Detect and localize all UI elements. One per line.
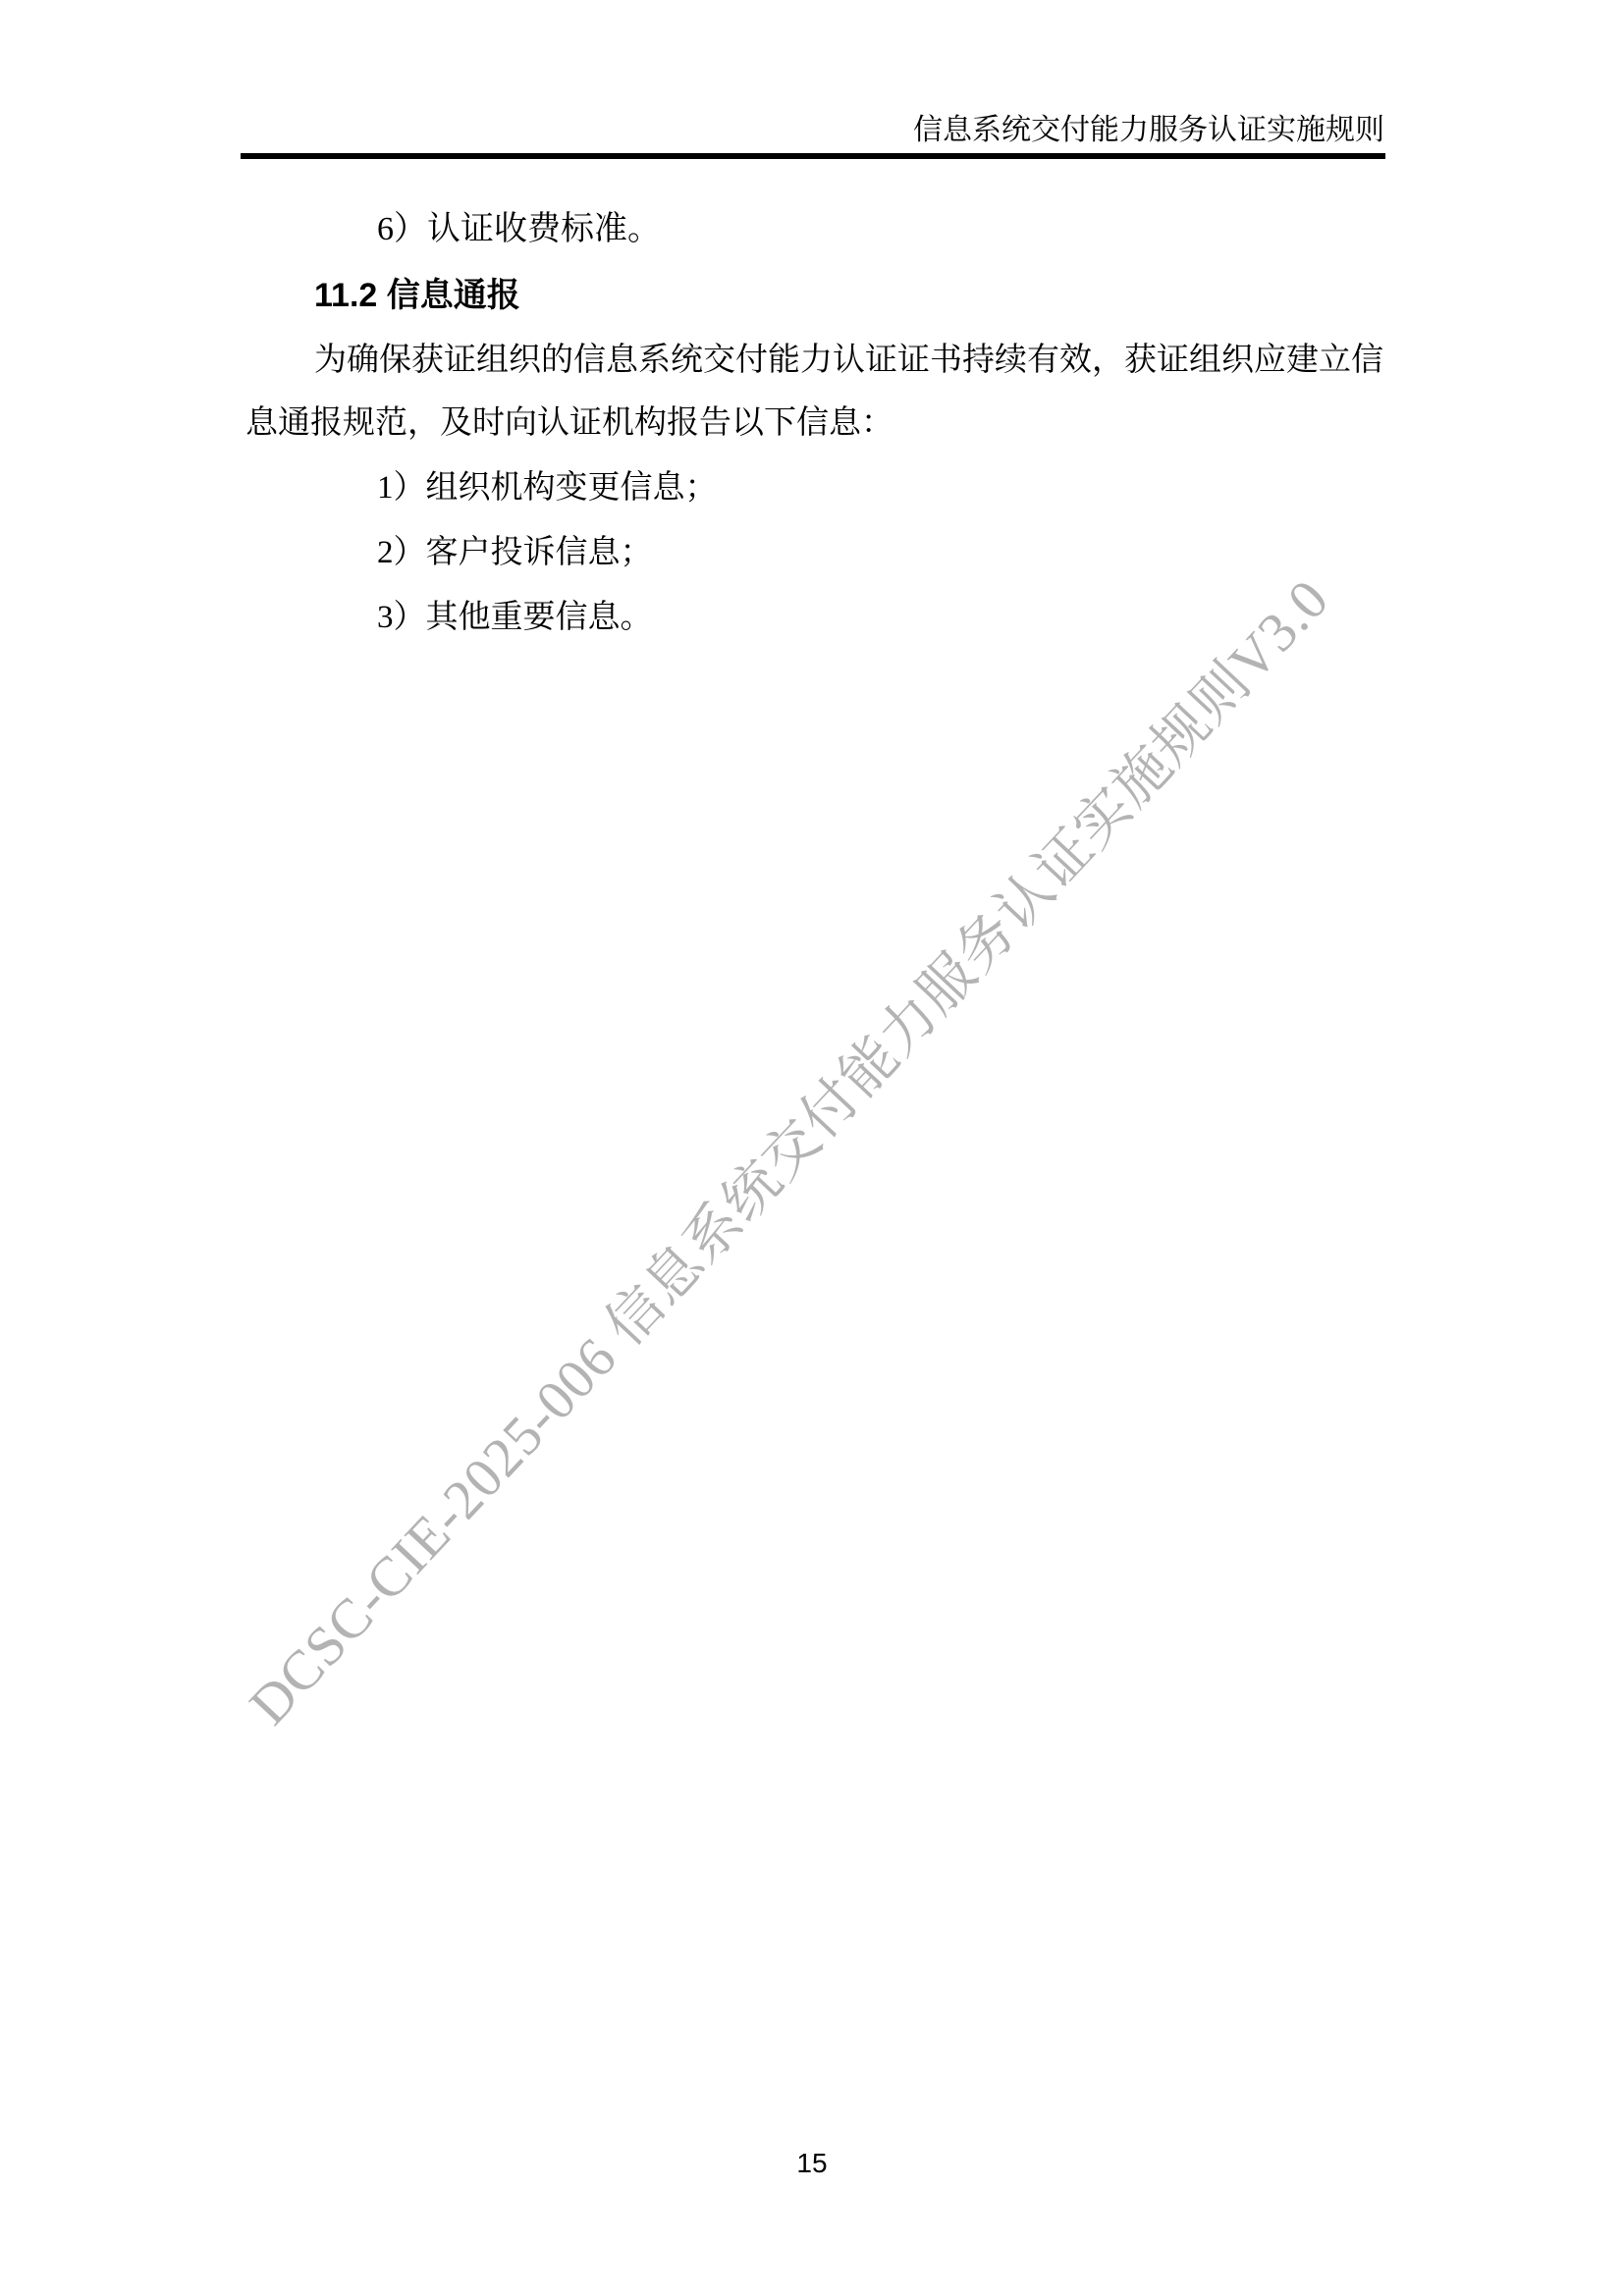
document-page: 信息系统交付能力服务认证实施规则 DCSC-CIE-2025-006 信息系统交… (0, 0, 1624, 2296)
list-item-3: 3）其他重要信息。 (377, 596, 653, 639)
header-rule (241, 153, 1385, 159)
page-number: 15 (0, 2148, 1624, 2179)
watermark-text: DCSC-CIE-2025-006 信息系统交付能力服务认证实施规则V3.0 (227, 558, 1343, 1738)
header-title: 信息系统交付能力服务认证实施规则 (913, 114, 1384, 147)
list-item-1: 1）组织机构变更信息； (377, 466, 718, 509)
paragraph-line-1: 为确保获证组织的信息系统交付能力认证证书持续有效，获证组织应建立信 (314, 339, 1383, 382)
numbered-item-6: 6）认证收费标准。 (377, 208, 661, 251)
paragraph-line-2: 息通报规范，及时向认证机构报告以下信息： (245, 401, 893, 445)
section-heading-11-2: 11.2 信息通报 (314, 274, 520, 317)
list-item-2: 2）客户投诉信息； (377, 531, 653, 574)
